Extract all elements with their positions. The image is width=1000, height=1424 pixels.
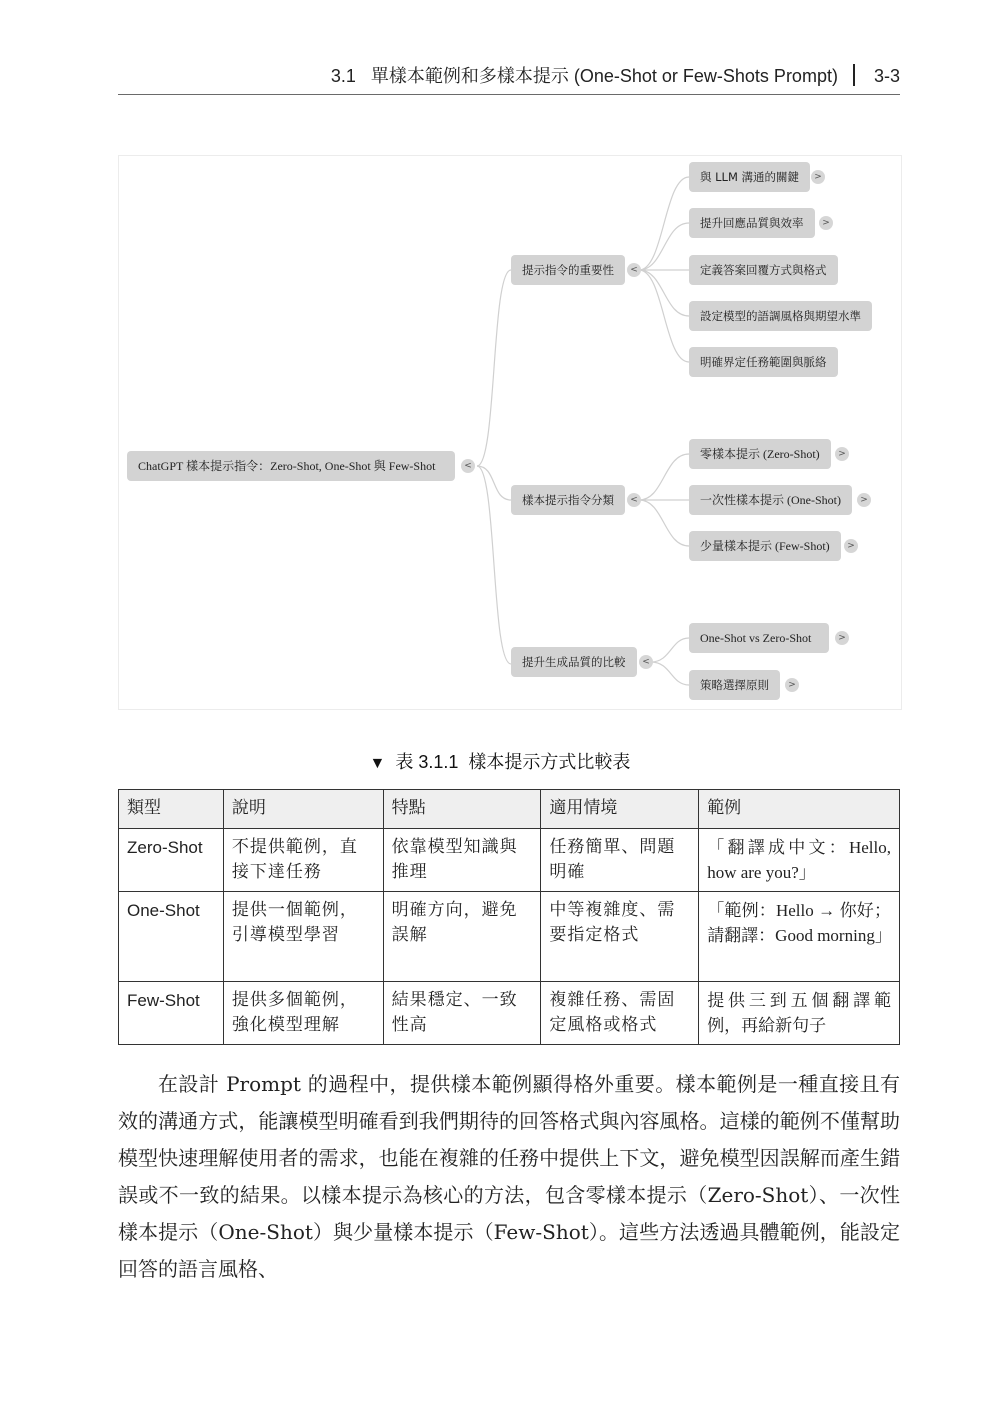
table-row: Zero-Shot 不提供範例，直接下達任務 依靠模型知識與推理 任務簡單、問題… [119, 829, 900, 892]
table-cell: 提供一個範例，引導模型學習 [223, 892, 383, 982]
mindmap-leaf-node[interactable]: 零樣本提示 (Zero-Shot) [689, 439, 831, 469]
table-caption: ▼表 3.1.1 樣本提示方式比較表 [0, 748, 1000, 774]
mindmap-branch-node[interactable]: 樣本提示指令分類 [511, 485, 625, 515]
mindmap-leaf-node[interactable]: 一次性樣本提示 (One-Shot) [689, 485, 852, 515]
column-header: 適用情境 [541, 790, 699, 829]
collapse-toggle-icon[interactable]: < [627, 263, 641, 277]
table-cell: Zero-Shot [119, 829, 224, 892]
table-cell: 結果穩定、一致性高 [383, 982, 541, 1045]
table-cell: 「範例：Hello → 你好；請翻譯：Good morning」 [699, 892, 900, 982]
table-cell: 明確方向，避免誤解 [383, 892, 541, 982]
expand-toggle-icon[interactable]: > [835, 631, 849, 645]
mindmap-leaf-node[interactable]: 與 LLM 溝通的關鍵 [689, 162, 810, 192]
mindmap-root-node[interactable]: ChatGPT 樣本提示指令：Zero-Shot, One-Shot 與 Few… [127, 451, 455, 481]
branch-node-label: 樣本提示指令分類 [522, 493, 614, 507]
triangle-down-icon: ▼ [370, 755, 386, 772]
mindmap-leaf-node[interactable]: 定義答案回覆方式與格式 [689, 255, 838, 285]
leaf-node-label: 定義答案回覆方式與格式 [700, 263, 827, 277]
table-cell: 不提供範例，直接下達任務 [223, 829, 383, 892]
leaf-node-label: 與 LLM 溝通的關鍵 [700, 170, 799, 184]
leaf-node-label: 一次性樣本提示 (One-Shot) [700, 493, 841, 507]
expand-toggle-icon[interactable]: > [811, 170, 825, 184]
mindmap-figure: ChatGPT 樣本提示指令：Zero-Shot, One-Shot 與 Few… [118, 155, 902, 710]
mindmap-leaf-node[interactable]: 設定模型的語調風格與期望水準 [689, 301, 872, 331]
header-section-title: 單樣本範例和多樣本提示 (One-Shot or Few-Shots Promp… [371, 66, 838, 86]
header-text: 3.1 單樣本範例和多樣本提示 (One-Shot or Few-Shots P… [331, 62, 900, 88]
collapse-toggle-icon[interactable]: < [461, 459, 475, 473]
mindmap-leaf-node[interactable]: 策略選擇原則 [689, 670, 780, 700]
column-header: 說明 [223, 790, 383, 829]
mindmap-leaf-node[interactable]: 明確界定任務範圍與脈絡 [689, 347, 838, 377]
table-header-row: 類型 說明 特點 適用情境 範例 [119, 790, 900, 829]
root-node-label: ChatGPT 樣本提示指令：Zero-Shot, One-Shot 與 Few… [138, 459, 435, 473]
body-text: 在設計 Prompt 的過程中，提供樣本範例顯得格外重要。樣本範例是一種直接且有… [118, 1066, 900, 1288]
mindmap-branch-node[interactable]: 提升生成品質的比較 [511, 647, 637, 677]
expand-toggle-icon[interactable]: > [835, 447, 849, 461]
leaf-node-label: 明確界定任務範圍與脈絡 [700, 355, 827, 369]
table-cell: 中等複雜度、需要指定格式 [541, 892, 699, 982]
table-cell: 提供多個範例，強化模型理解 [223, 982, 383, 1045]
leaf-node-label: 策略選擇原則 [700, 678, 769, 692]
table-row: Few-Shot 提供多個範例，強化模型理解 結果穩定、一致性高 複雜任務、需固… [119, 982, 900, 1045]
branch-node-label: 提示指令的重要性 [522, 263, 614, 277]
expand-toggle-icon[interactable]: > [844, 539, 858, 553]
column-header: 特點 [383, 790, 541, 829]
branch-node-label: 提升生成品質的比較 [522, 655, 626, 669]
leaf-node-label: 提升回應品質與效率 [700, 216, 804, 230]
expand-toggle-icon[interactable]: > [785, 678, 799, 692]
table-row: One-Shot 提供一個範例，引導模型學習 明確方向，避免誤解 中等複雜度、需… [119, 892, 900, 982]
collapse-toggle-icon[interactable]: < [627, 493, 641, 507]
header-separator [853, 64, 855, 86]
table-cell: 「翻譯成中文：Hello, how are you?」 [699, 829, 900, 892]
page-number: 3-3 [874, 66, 900, 86]
table-cell: One-Shot [119, 892, 224, 982]
leaf-node-label: 設定模型的語調風格與期望水準 [700, 309, 861, 323]
table-cell: Few-Shot [119, 982, 224, 1045]
mindmap-leaf-node[interactable]: 提升回應品質與效率 [689, 208, 815, 238]
column-header: 類型 [119, 790, 224, 829]
leaf-node-label: One-Shot vs Zero-Shot [700, 631, 811, 645]
mindmap-branch-node[interactable]: 提示指令的重要性 [511, 255, 625, 285]
mindmap-leaf-node[interactable]: One-Shot vs Zero-Shot [689, 623, 829, 653]
expand-toggle-icon[interactable]: > [819, 216, 833, 230]
running-header: 3.1 單樣本範例和多樣本提示 (One-Shot or Few-Shots P… [118, 58, 900, 95]
mindmap-leaf-node[interactable]: 少量樣本提示 (Few-Shot) [689, 531, 841, 561]
column-header: 範例 [699, 790, 900, 829]
expand-toggle-icon[interactable]: > [857, 493, 871, 507]
table-cell: 複雜任務、需固定風格或格式 [541, 982, 699, 1045]
table-cell: 任務簡單、問題明確 [541, 829, 699, 892]
body-paragraph: 在設計 Prompt 的過程中，提供樣本範例顯得格外重要。樣本範例是一種直接且有… [118, 1066, 900, 1288]
leaf-node-label: 少量樣本提示 (Few-Shot) [700, 539, 830, 553]
header-section-number: 3.1 [331, 66, 356, 86]
caption-label: 表 3.1.1 樣本提示方式比較表 [395, 752, 630, 772]
table-cell: 依靠模型知識與推理 [383, 829, 541, 892]
table-cell: 提供三到五個翻譯範例，再給新句子 [699, 982, 900, 1045]
comparison-table: 類型 說明 特點 適用情境 範例 Zero-Shot 不提供範例，直接下達任務 … [118, 789, 900, 1045]
collapse-toggle-icon[interactable]: < [639, 655, 653, 669]
leaf-node-label: 零樣本提示 (Zero-Shot) [700, 447, 820, 461]
